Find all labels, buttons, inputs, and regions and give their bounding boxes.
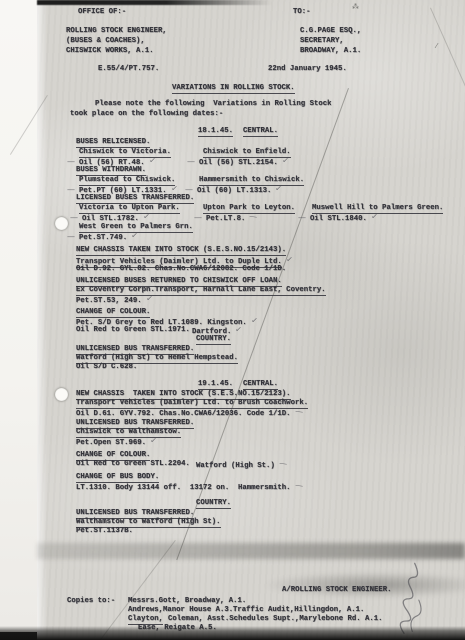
text-content: CENTRAL.	[243, 127, 278, 137]
text-content: BUSES WITHDRAWN.	[76, 166, 146, 176]
text-content: Oil D.92. GYL.82. Chas.No.CWA6/12082. Co…	[76, 265, 286, 273]
pencil-dash-mark: —	[249, 211, 258, 221]
text-content: BROADWAY, A.1.	[300, 47, 361, 55]
sender-address-line: (BUSES & COACHES),	[66, 37, 145, 45]
text-content: VARIATIONS IN ROLLING STOCK.	[172, 84, 295, 94]
text-content: CHISWICK WORKS, A.1.	[66, 47, 154, 55]
pencil-dash-mark: —	[70, 213, 78, 222]
pencil-tick-mark: ✓	[235, 325, 243, 335]
location-note: Watford (High St.)—	[196, 460, 287, 470]
vehicle-line: Oil Red to Green STL.1971.	[76, 326, 190, 334]
text-content: Oil (60) LT.1313.	[197, 187, 271, 195]
section-area-heading: CENTRAL.	[243, 380, 278, 390]
signature-line: A/ROLLING STOCK ENGINEER.	[282, 586, 391, 594]
text-content: Pet.ST.53, 249.	[76, 297, 142, 305]
pencil-tick-mark: ✓	[148, 156, 156, 166]
reference-number: E.55/4/PT.757.	[98, 65, 159, 73]
pencil-dash-mark: —	[294, 406, 303, 416]
pencil-dash-mark: —	[187, 157, 195, 166]
pencil-tick-mark: ✓	[281, 156, 289, 166]
text-content: A/ROLLING STOCK ENGINEER.	[282, 586, 391, 594]
text-content: NEW CHASSIS TAKEN INTO STOCK (S.E.S.NO.1…	[76, 246, 286, 256]
vehicle-line: Pet.Open ST.969.✓	[76, 437, 157, 447]
text-content: (BUSES & COACHES),	[66, 37, 145, 45]
text-content: Traffic Audit,Hillingdon, A.1.	[233, 606, 364, 614]
vehicle-line: Oil Red to Green STL.2204.	[76, 460, 190, 468]
sender-address-line: CHISWICK WORKS, A.1.	[66, 47, 154, 55]
vehicle-line: Pet.ST.53, 249.✓	[76, 295, 152, 305]
pencil-tick-mark: ✓	[142, 212, 150, 222]
text-content: Oil Red to Green STL.2204.	[76, 460, 190, 468]
text-content: Pet.Open ST.969.	[76, 439, 146, 447]
text-content: 19.1.45.	[198, 380, 233, 390]
text-content: Oil Red to Green STL.1971.	[76, 326, 190, 334]
text-content: Pet.ST.749.	[79, 234, 127, 242]
text-content: COUNTRY.	[196, 499, 231, 509]
pencil-dash-mark: —	[67, 232, 75, 241]
pencil-tick-mark: ✓	[285, 255, 293, 265]
vehicle-line: Oil D.61. GYV.792. Chas.No.CWA6/12036. C…	[76, 408, 303, 418]
intro-line: took place on the following dates:-	[70, 110, 223, 118]
copies-line: Traffic Audit,Hillingdon, A.1.	[233, 606, 364, 614]
pencil-tick-mark: ✓	[250, 316, 258, 326]
section-area-heading: COUNTRY.	[196, 499, 231, 509]
vehicle-line: —Oil (56) STL.2154.✓	[199, 157, 289, 167]
vehicle-line: —Pet.LT.8.—	[206, 213, 257, 223]
recipient-address-line: C.G.PAGE ESQ.,	[300, 27, 361, 35]
text-content: Oil S/D C.628.	[76, 363, 137, 371]
text-content: SECRETARY,	[300, 37, 344, 45]
text-content: LT.1310. Body 13144 off. 13172 on. Hamme…	[76, 484, 291, 492]
text-content: COUNTRY.	[196, 335, 231, 345]
text-content: Copies to:-	[67, 597, 115, 605]
text-content: took place on the following dates:-	[70, 110, 223, 118]
text-content: Coleman, Asst.Schedules Supt.,Marylebone…	[168, 615, 383, 623]
pencil-tick-mark: ✓	[150, 436, 158, 446]
pencil-tick-mark: ✓	[370, 212, 378, 222]
pencil-dash-mark: —	[278, 458, 287, 468]
document-title: VARIATIONS IN ROLLING STOCK.	[172, 84, 295, 94]
text-content: 18.1.45.	[198, 127, 233, 137]
vehicle-line: —Oil (60) LT.1313.✓	[197, 185, 282, 195]
typewritten-content: OFFICE OF:-TO:-ROLLING STOCK ENGINEER,C.…	[0, 0, 465, 640]
pencil-dash-mark: —	[298, 213, 306, 222]
pencil-dash-mark: —	[185, 185, 193, 194]
recipient-address-line: BROADWAY, A.1.	[300, 47, 361, 55]
subsection-heading: BUSES WITHDRAWN.	[76, 166, 146, 176]
sender-address-line: ROLLING STOCK ENGINEER,	[66, 27, 167, 35]
vehicle-line: LT.1310. Body 13144 off. 13172 on. Hamme…	[76, 482, 303, 492]
office-of-label: OFFICE OF:-	[78, 8, 126, 16]
pencil-dash-mark: —	[294, 480, 303, 490]
vehicle-line: —Pet.ST.749.✓	[79, 232, 138, 242]
text-content: Messrs.Gott, Broadway, A.1.	[128, 597, 246, 605]
text-content: Oil (56) STL.2154.	[199, 159, 278, 167]
text-content: TO:-	[293, 8, 311, 16]
pencil-dash-mark: —	[67, 157, 75, 166]
pencil-tick-mark: ✓	[131, 231, 139, 241]
pencil-tick-mark: ✓	[145, 294, 153, 304]
section-area-heading: COUNTRY.	[196, 335, 231, 345]
text-content: BUSES RELICENSED.	[76, 138, 150, 148]
text-content: Oil STL.1840.	[310, 215, 367, 223]
text-content: CENTRAL.	[243, 380, 278, 390]
vehicle-line: Oil S/D C.628.	[76, 363, 137, 371]
text-content: Pet.LT.8.	[206, 215, 245, 223]
text-content: Watford (High St.)	[196, 462, 275, 470]
text-content: Andrews,Manor House A.3.	[128, 606, 233, 614]
intro-line: Please note the following Variations in …	[95, 100, 331, 108]
subsection-heading: NEW CHASSIS TAKEN INTO STOCK (S.E.S.NO.1…	[76, 246, 286, 256]
text-content: ROLLING STOCK ENGINEER,	[66, 27, 167, 35]
vehicle-line: —Oil STL.1840.✓	[310, 213, 378, 223]
copies-line: Andrews,Manor House A.3.	[128, 606, 233, 614]
vehicle-line: Oil D.92. GYL.82. Chas.No.CWA6/12082. Co…	[76, 265, 286, 273]
copies-label: Copies to:-	[67, 597, 115, 605]
subsection-heading: BUSES RELICENSED.	[76, 138, 150, 148]
text-content: Please note the following Variations in …	[95, 100, 331, 108]
section-date-heading: 19.1.45.	[198, 380, 233, 390]
section-area-heading: CENTRAL.	[243, 127, 278, 137]
section-date-heading: 18.1.45.	[198, 127, 233, 137]
vehicle-line: Pet.ST.1137B.	[76, 527, 133, 535]
copies-line: Coleman, Asst.Schedules Supt.,Marylebone…	[168, 615, 383, 623]
pencil-tick-mark: ✓	[170, 184, 178, 194]
recipient-address-line: SECRETARY,	[300, 37, 344, 45]
to-label: TO:-	[293, 8, 311, 16]
subsection-heading: LICENSED BUSES TRANSFERRED.	[76, 194, 194, 204]
copies-line: Messrs.Gott, Broadway, A.1.	[128, 597, 246, 605]
pencil-dash-mark: —	[67, 185, 75, 194]
scan-bottom-shadow	[0, 626, 465, 640]
text-content: E.55/4/PT.757.	[98, 65, 159, 73]
pencil-dash-mark: —	[194, 213, 202, 222]
vehicle-line: —Oil STL.1782.✓	[82, 213, 150, 223]
text-content: 22nd January 1945.	[268, 65, 347, 73]
text-content: Pet.ST.1137B.	[76, 527, 133, 535]
pencil-tick-mark: ✓	[275, 184, 283, 194]
document-date: 22nd January 1945.	[268, 65, 347, 73]
text-content: OFFICE OF:-	[78, 8, 126, 16]
text-content: C.G.PAGE ESQ.,	[300, 27, 361, 35]
text-content: Oil D.61. GYV.792. Chas.No.CWA6/12036. C…	[76, 410, 291, 418]
text-content: LICENSED BUSES TRANSFERRED.	[76, 194, 194, 204]
